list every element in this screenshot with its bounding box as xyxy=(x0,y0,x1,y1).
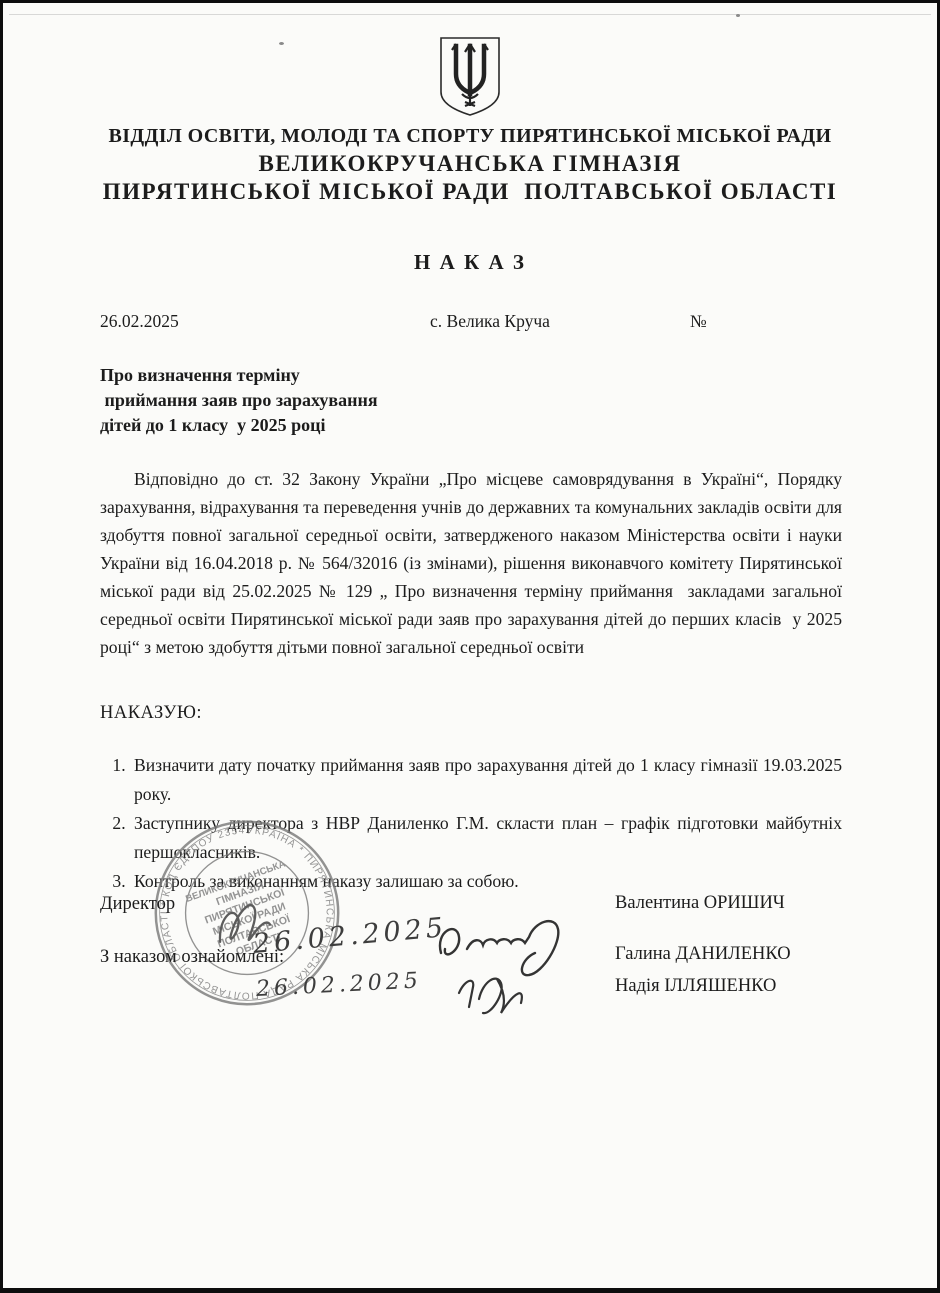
ack-name-2: Надія ІЛЛЯШЕНКО xyxy=(615,976,776,997)
order-heading: НАКАЗУЮ: xyxy=(100,703,840,724)
order-date: 26.02.2025 xyxy=(100,311,330,332)
ack-name-1: Галина ДАНИЛЕНКО xyxy=(615,944,791,965)
letterhead-council: ПИРЯТИНСЬКОЇ МІСЬКОЇ РАДИ ПОЛТАВСЬКОЇ ОБ… xyxy=(3,178,937,206)
illiashenko-signature xyxy=(445,963,535,1021)
order-preamble: Відповідно до ст. 32 Закону України „Про… xyxy=(100,465,842,661)
scan-speck xyxy=(736,14,740,17)
ukraine-trident-emblem xyxy=(438,36,502,118)
scan-speck xyxy=(279,42,284,45)
document-title: Н А К А З xyxy=(3,250,937,275)
scan-artifact-line xyxy=(9,14,931,15)
letterhead-department: ВІДДІЛ ОСВІТИ, МОЛОДІ ТА СПОРТУ ПИРЯТИНС… xyxy=(3,124,937,148)
order-number-label: № xyxy=(680,311,840,332)
director-name: Валентина ОРИШИЧ xyxy=(615,893,785,914)
order-item-1: Визначити дату початку приймання заяв пр… xyxy=(130,751,842,809)
order-place: с. Велика Круча xyxy=(330,311,680,332)
letterhead-school: ВЕЛИКОКРУЧАНСЬКА ГІМНАЗІЯ xyxy=(3,150,937,178)
order-subject: Про визначення терміну приймання заяв пр… xyxy=(100,363,840,438)
meta-row: 26.02.2025 с. Велика Круча № xyxy=(100,311,840,332)
letterhead: ВІДДІЛ ОСВІТИ, МОЛОДІ ТА СПОРТУ ПИРЯТИНС… xyxy=(3,124,937,206)
director-label: Директор xyxy=(100,894,175,915)
scanned-order-document: ВІДДІЛ ОСВІТИ, МОЛОДІ ТА СПОРТУ ПИРЯТИНС… xyxy=(0,0,940,1293)
